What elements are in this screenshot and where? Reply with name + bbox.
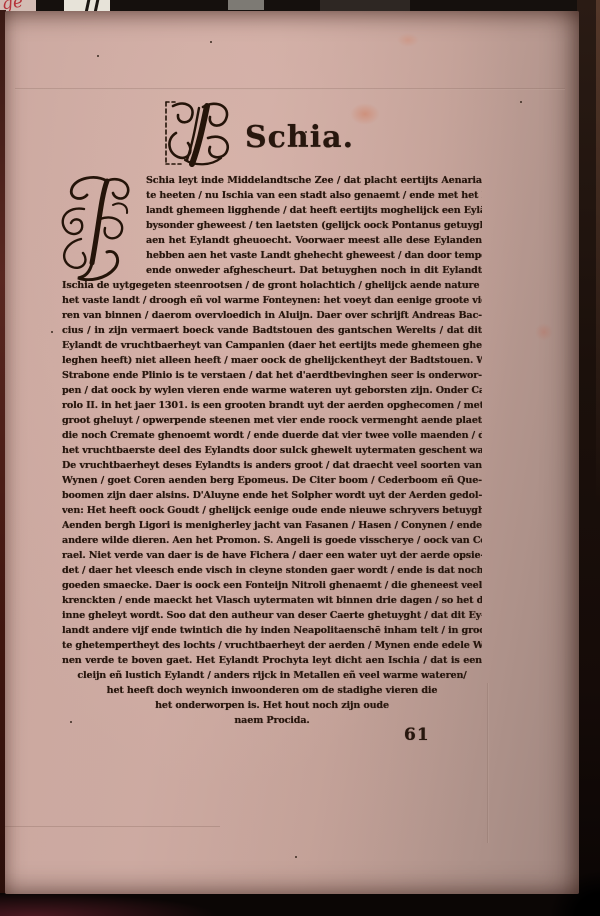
dropcap-flourish-icon	[54, 175, 140, 281]
text-line: De vruchtbaerheyt deses Eylandts is ande…	[62, 458, 482, 473]
text-line: groot gheluyt / opwerpende steenen met v…	[62, 413, 482, 428]
paper-speck	[295, 856, 297, 858]
closing-lines: cleijn eñ lustich Eylandt / anders rijck…	[62, 668, 482, 728]
text-line: Strabone ende Plinio is te verstaen / da…	[62, 368, 482, 383]
woodcut-initial-I	[163, 98, 235, 168]
text-line: het onderworpen is. Het hout noch zijn o…	[62, 698, 482, 713]
text-line: te ghetempertheyt des lochts / vruchtbae…	[62, 638, 482, 653]
text-line: ven: Het heeft oock Goudt / ghelijck een…	[62, 503, 482, 518]
background-shadow	[320, 0, 410, 11]
text-line: landt ghemeen ligghende / dat heeft eert…	[146, 203, 482, 218]
background-object	[228, 0, 264, 10]
opening-paragraph: Schia leyt inde Middelandtsche Zee / dat…	[62, 173, 482, 278]
text-line: andere wilde dieren. Aen het Promon. S. …	[62, 533, 482, 548]
chapter-title: Schia.	[245, 120, 354, 155]
paper-speck	[97, 55, 99, 57]
text-line: goeden smaecke. Daer is oock een Fonteij…	[62, 578, 482, 593]
text-line: landt andere vijf ende twintich die hy i…	[62, 623, 482, 638]
text-line: hebben aen het vaste Landt ghehecht ghew…	[146, 248, 482, 263]
photographed-book-page: { "page": { "title_initial_letter": "I",…	[0, 0, 600, 916]
text-line: het vaste landt / droogh eñ vol warme Fo…	[62, 293, 482, 308]
text-line: aen het Eylandt gheuoecht. Voorwaer mees…	[146, 233, 482, 248]
text-line: te heeten / nu Ischia van een stadt also…	[146, 188, 482, 203]
body-lines: Ischia de uytgegeten steenrootsen / de g…	[62, 278, 482, 668]
text-line: Aenden bergh Ligori is menigherley jacht…	[62, 518, 482, 533]
text-line: inne gheleyt wordt. Soo dat den autheur …	[62, 608, 482, 623]
paper-crease	[487, 683, 489, 843]
photo-background-bottom	[0, 893, 600, 916]
paper-speck	[51, 331, 53, 333]
paper-stain	[350, 103, 380, 125]
paper-crease	[15, 88, 565, 90]
text-line: boomen zijn daer alsins. D'Aluyne ende h…	[62, 488, 482, 503]
text-line: Schia leyt inde Middelandtsche Zee / dat…	[146, 173, 482, 188]
paper-stain	[535, 323, 553, 341]
text-line: Wynen / goet Coren aenden berg Epomeus. …	[62, 473, 482, 488]
paper-speck	[520, 101, 522, 103]
text-line: het heeft doch weynich inwoonderen om de…	[62, 683, 482, 698]
paper-crease	[5, 826, 220, 827]
text-line: leghen heeft) niet alleen heeft / maer o…	[62, 353, 482, 368]
text-line: cleijn eñ lustich Eylandt / anders rijck…	[62, 668, 482, 683]
woodcut-initial-ornament-icon	[163, 98, 235, 168]
text-line: ende onweder afghescheurt. Dat betuyghen…	[146, 263, 482, 278]
text-line: het vruchtbaerste deel des Eylandts door…	[62, 443, 482, 458]
book-edge-shadow-right	[577, 0, 600, 916]
text-line: rolo II. in het jaer 1301. is een groote…	[62, 398, 482, 413]
text-line: pen / dat oock by wylen vieren ende warm…	[62, 383, 482, 398]
paper-speck	[210, 41, 212, 43]
text-line: bysonder gheweest / ten laetsten (gelijc…	[146, 218, 482, 233]
text-line: rael. Niet verde van daer is de have Fic…	[62, 548, 482, 563]
text-column: Schia leyt inde Middelandtsche Zee / dat…	[62, 173, 482, 728]
page-number: 61	[404, 725, 430, 745]
book-page: Schia. Schia leyt inde Middelandtsche Ze…	[5, 11, 579, 894]
text-line: krenckten / ende maeckt het Vlasch uyter…	[62, 593, 482, 608]
text-line: ren van binnen / daerom overvloedich in …	[62, 308, 482, 323]
chapter-heading: Schia.	[163, 98, 354, 168]
text-line: nen verde te boven gaet. Het Eylandt Pro…	[62, 653, 482, 668]
calligraphic-dropcap-I	[54, 175, 140, 281]
paper-stain	[397, 33, 419, 47]
text-line: die noch Cremate ghenoemt wordt / ende d…	[62, 428, 482, 443]
text-line: cius / in zijn vermaert boeck vande Badt…	[62, 323, 482, 338]
text-line: det / daer het vleesch ende visch in cle…	[62, 563, 482, 578]
text-line: Eylandt de vruchtbaerheyt van Campanien …	[62, 338, 482, 353]
